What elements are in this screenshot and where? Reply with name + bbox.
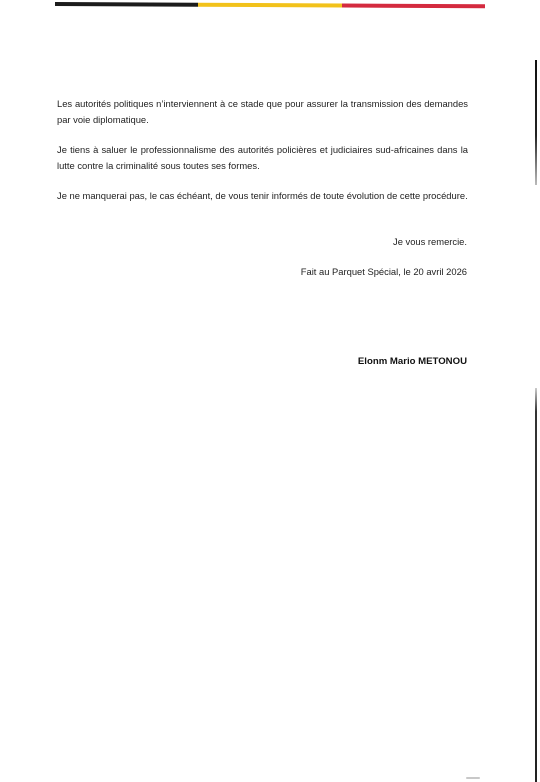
paragraph-diplomatic-transmission: Les autorités politiques n’interviennent… (57, 96, 468, 128)
signatory-name: Elonm Mario METONOU (358, 356, 467, 367)
paragraph-follow-up: Je ne manquerai pas, le cas échéant, de … (57, 188, 468, 204)
flag-segment-red (342, 4, 485, 9)
flag-segment-black (55, 2, 198, 7)
scan-edge-artifact (535, 60, 537, 185)
flag-segment-yellow (198, 3, 341, 8)
letter-body: Les autorités politiques n’interviennent… (57, 96, 468, 218)
paragraph-acknowledgement: Je tiens à saluer le professionnalisme d… (57, 142, 468, 174)
closing-thanks: Je vous remercie. (393, 236, 467, 247)
scan-smudge (466, 777, 480, 779)
place-and-date: Fait au Parquet Spécial, le 20 avril 202… (301, 266, 467, 277)
flag-color-bar (55, 2, 485, 8)
scan-edge-artifact (535, 388, 537, 782)
